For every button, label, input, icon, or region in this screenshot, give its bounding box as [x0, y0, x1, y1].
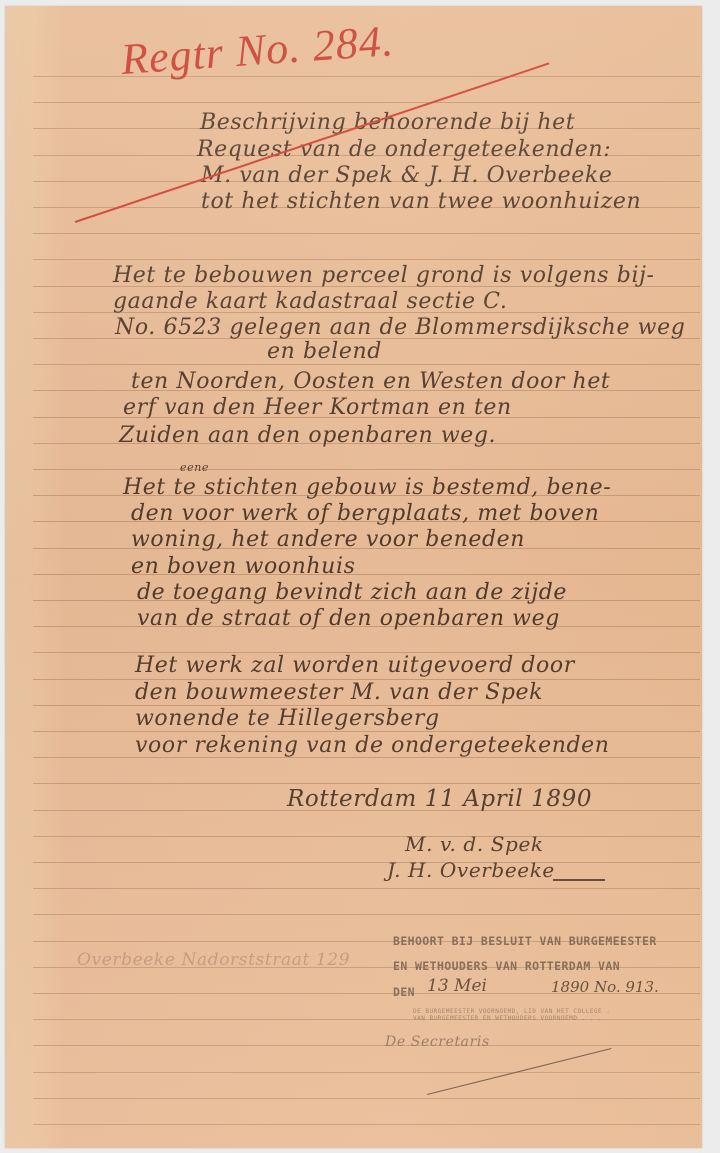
p1-line-7: Zuiden aan den openbaren weg.	[119, 423, 496, 448]
header-line-4: tot het stichten van twee woonhuizen	[201, 189, 641, 214]
signature-flourish	[553, 879, 605, 881]
p3-line-4: voor rekening van de ondergeteekenden	[135, 733, 610, 758]
p3-line-1: Het werk zal worden uitgevoerd door	[135, 653, 575, 678]
p2-line-4: en boven woonhuis	[131, 554, 355, 579]
p2-line-3: woning, het andere voor beneden	[131, 527, 525, 552]
ruled-line	[33, 836, 700, 837]
place-date: Rotterdam 11 April 1890	[287, 786, 592, 812]
stamp-small-print-2: VAN BURGEMEESTER EN WETHOUDERS VOORNOEMD…	[413, 1015, 602, 1022]
p1-line-5: ten Noorden, Oosten en Westen door het	[131, 369, 610, 394]
ruled-line	[33, 364, 700, 365]
ruled-line	[33, 731, 700, 732]
p1-line-6: erf van den Heer Kortman en ten	[123, 395, 512, 420]
ruled-line	[33, 1124, 700, 1125]
p2-line-1: Het te stichten gebouw is bestemd, bene-	[123, 475, 611, 500]
ruled-line	[33, 1098, 700, 1099]
ruled-line	[33, 783, 700, 784]
stamp-date-handwritten: 13 Mei	[427, 976, 487, 996]
p1-line-4: en belend	[267, 339, 382, 364]
p2-line-2: den voor werk of bergplaats, met boven	[131, 501, 599, 526]
signature-van-der-spek: M. v. d. Spek	[405, 832, 544, 856]
ruled-line	[33, 888, 700, 889]
p2-line-5: de toegang bevindt zich aan de zijde	[137, 580, 567, 605]
p1-line-2: gaande kaart kadastraal sectie C.	[113, 289, 507, 314]
p2-insertion: eene	[180, 461, 209, 474]
register-number-mark: Regtr No. 284.	[119, 15, 395, 85]
ruled-line	[33, 233, 700, 234]
p2-line-6: van de straat of den openbaren weg	[137, 606, 560, 631]
signature-overbeeke: J. H. Overbeeke	[387, 858, 555, 882]
ruled-line	[33, 914, 700, 915]
stamp-line-1: BEHOORT BIJ BESLUIT VAN BURGEMEESTER	[393, 934, 657, 948]
ruled-line	[33, 102, 700, 103]
p1-line-3: No. 6523 gelegen aan de Blommersdijksche…	[115, 315, 685, 340]
stamp-small-print-1: DE BURGEMEESTER VOORNOEMD, LID VAN HET C…	[413, 1008, 610, 1015]
stamp-line-2: EN WETHOUDERS VAN ROTTERDAM VAN	[393, 959, 620, 973]
ruled-line	[33, 259, 700, 260]
ruled-line	[33, 1045, 700, 1046]
ruled-line	[33, 862, 700, 863]
margin-note-address: Overbeeke Nadorststraat 129	[77, 950, 350, 970]
stamp-line-3-prefix: DEN	[393, 985, 415, 999]
official-signature: De Secretaris	[385, 1034, 490, 1050]
document-page: Regtr No. 284. Beschrijving behoorende b…	[5, 6, 702, 1148]
header-line-3: M. van der Spek & J. H. Overbeeke	[201, 163, 612, 188]
header-line-1: Beschrijving behoorende bij het	[200, 110, 575, 135]
p3-line-3: wonende te Hillegersberg	[135, 706, 440, 731]
ruled-line	[33, 1072, 700, 1073]
p3-line-2: den bouwmeester M. van der Spek	[135, 680, 543, 705]
ruled-line	[33, 469, 700, 470]
stamp-year-number: 1890 No. 913.	[551, 978, 659, 996]
p1-line-1: Het te bebouwen perceel grond is volgens…	[113, 263, 655, 288]
